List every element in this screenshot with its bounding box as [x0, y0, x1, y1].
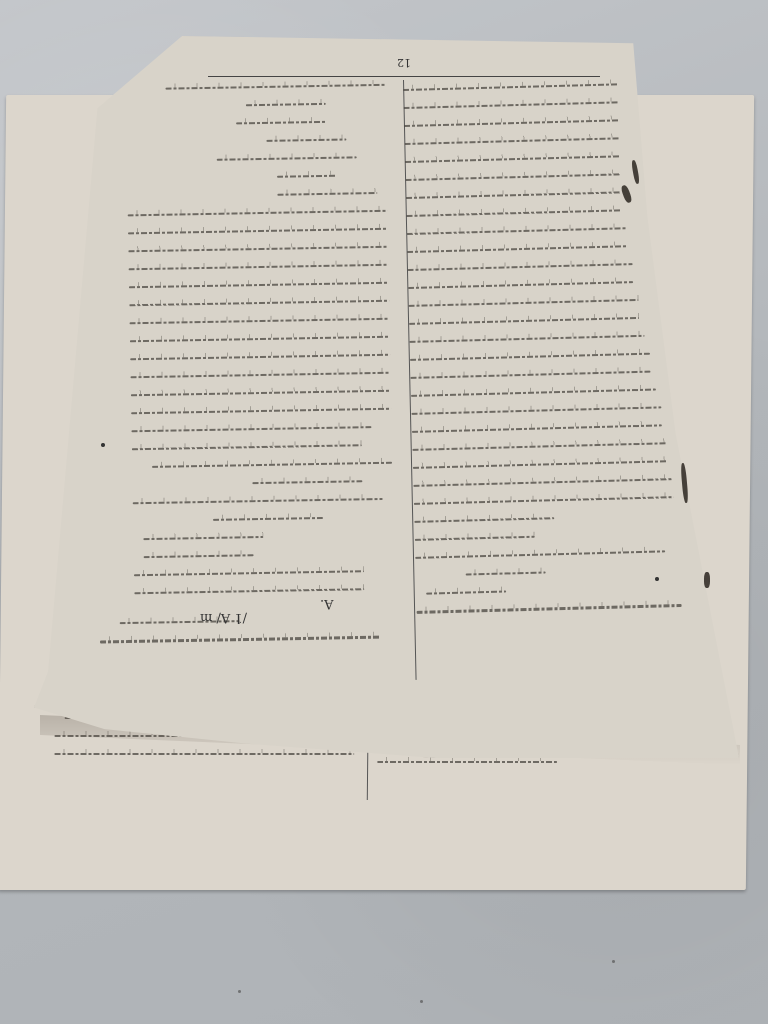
header-rule	[208, 76, 600, 77]
floor-speck	[420, 1000, 423, 1003]
floor-speck	[238, 990, 241, 993]
top-sheet-left-column	[125, 84, 399, 611]
punch-hole	[101, 443, 105, 447]
ink-stain	[704, 572, 710, 588]
floor-speck	[612, 960, 615, 963]
fraction-mark: /1 A/ m	[200, 610, 247, 625]
punch-hole	[655, 577, 659, 581]
page-number: 12	[397, 56, 411, 69]
bottom-sheet-column-divider	[367, 745, 369, 800]
top-sheet-right-column	[403, 83, 642, 630]
letter-a-mark: A.	[320, 596, 334, 611]
